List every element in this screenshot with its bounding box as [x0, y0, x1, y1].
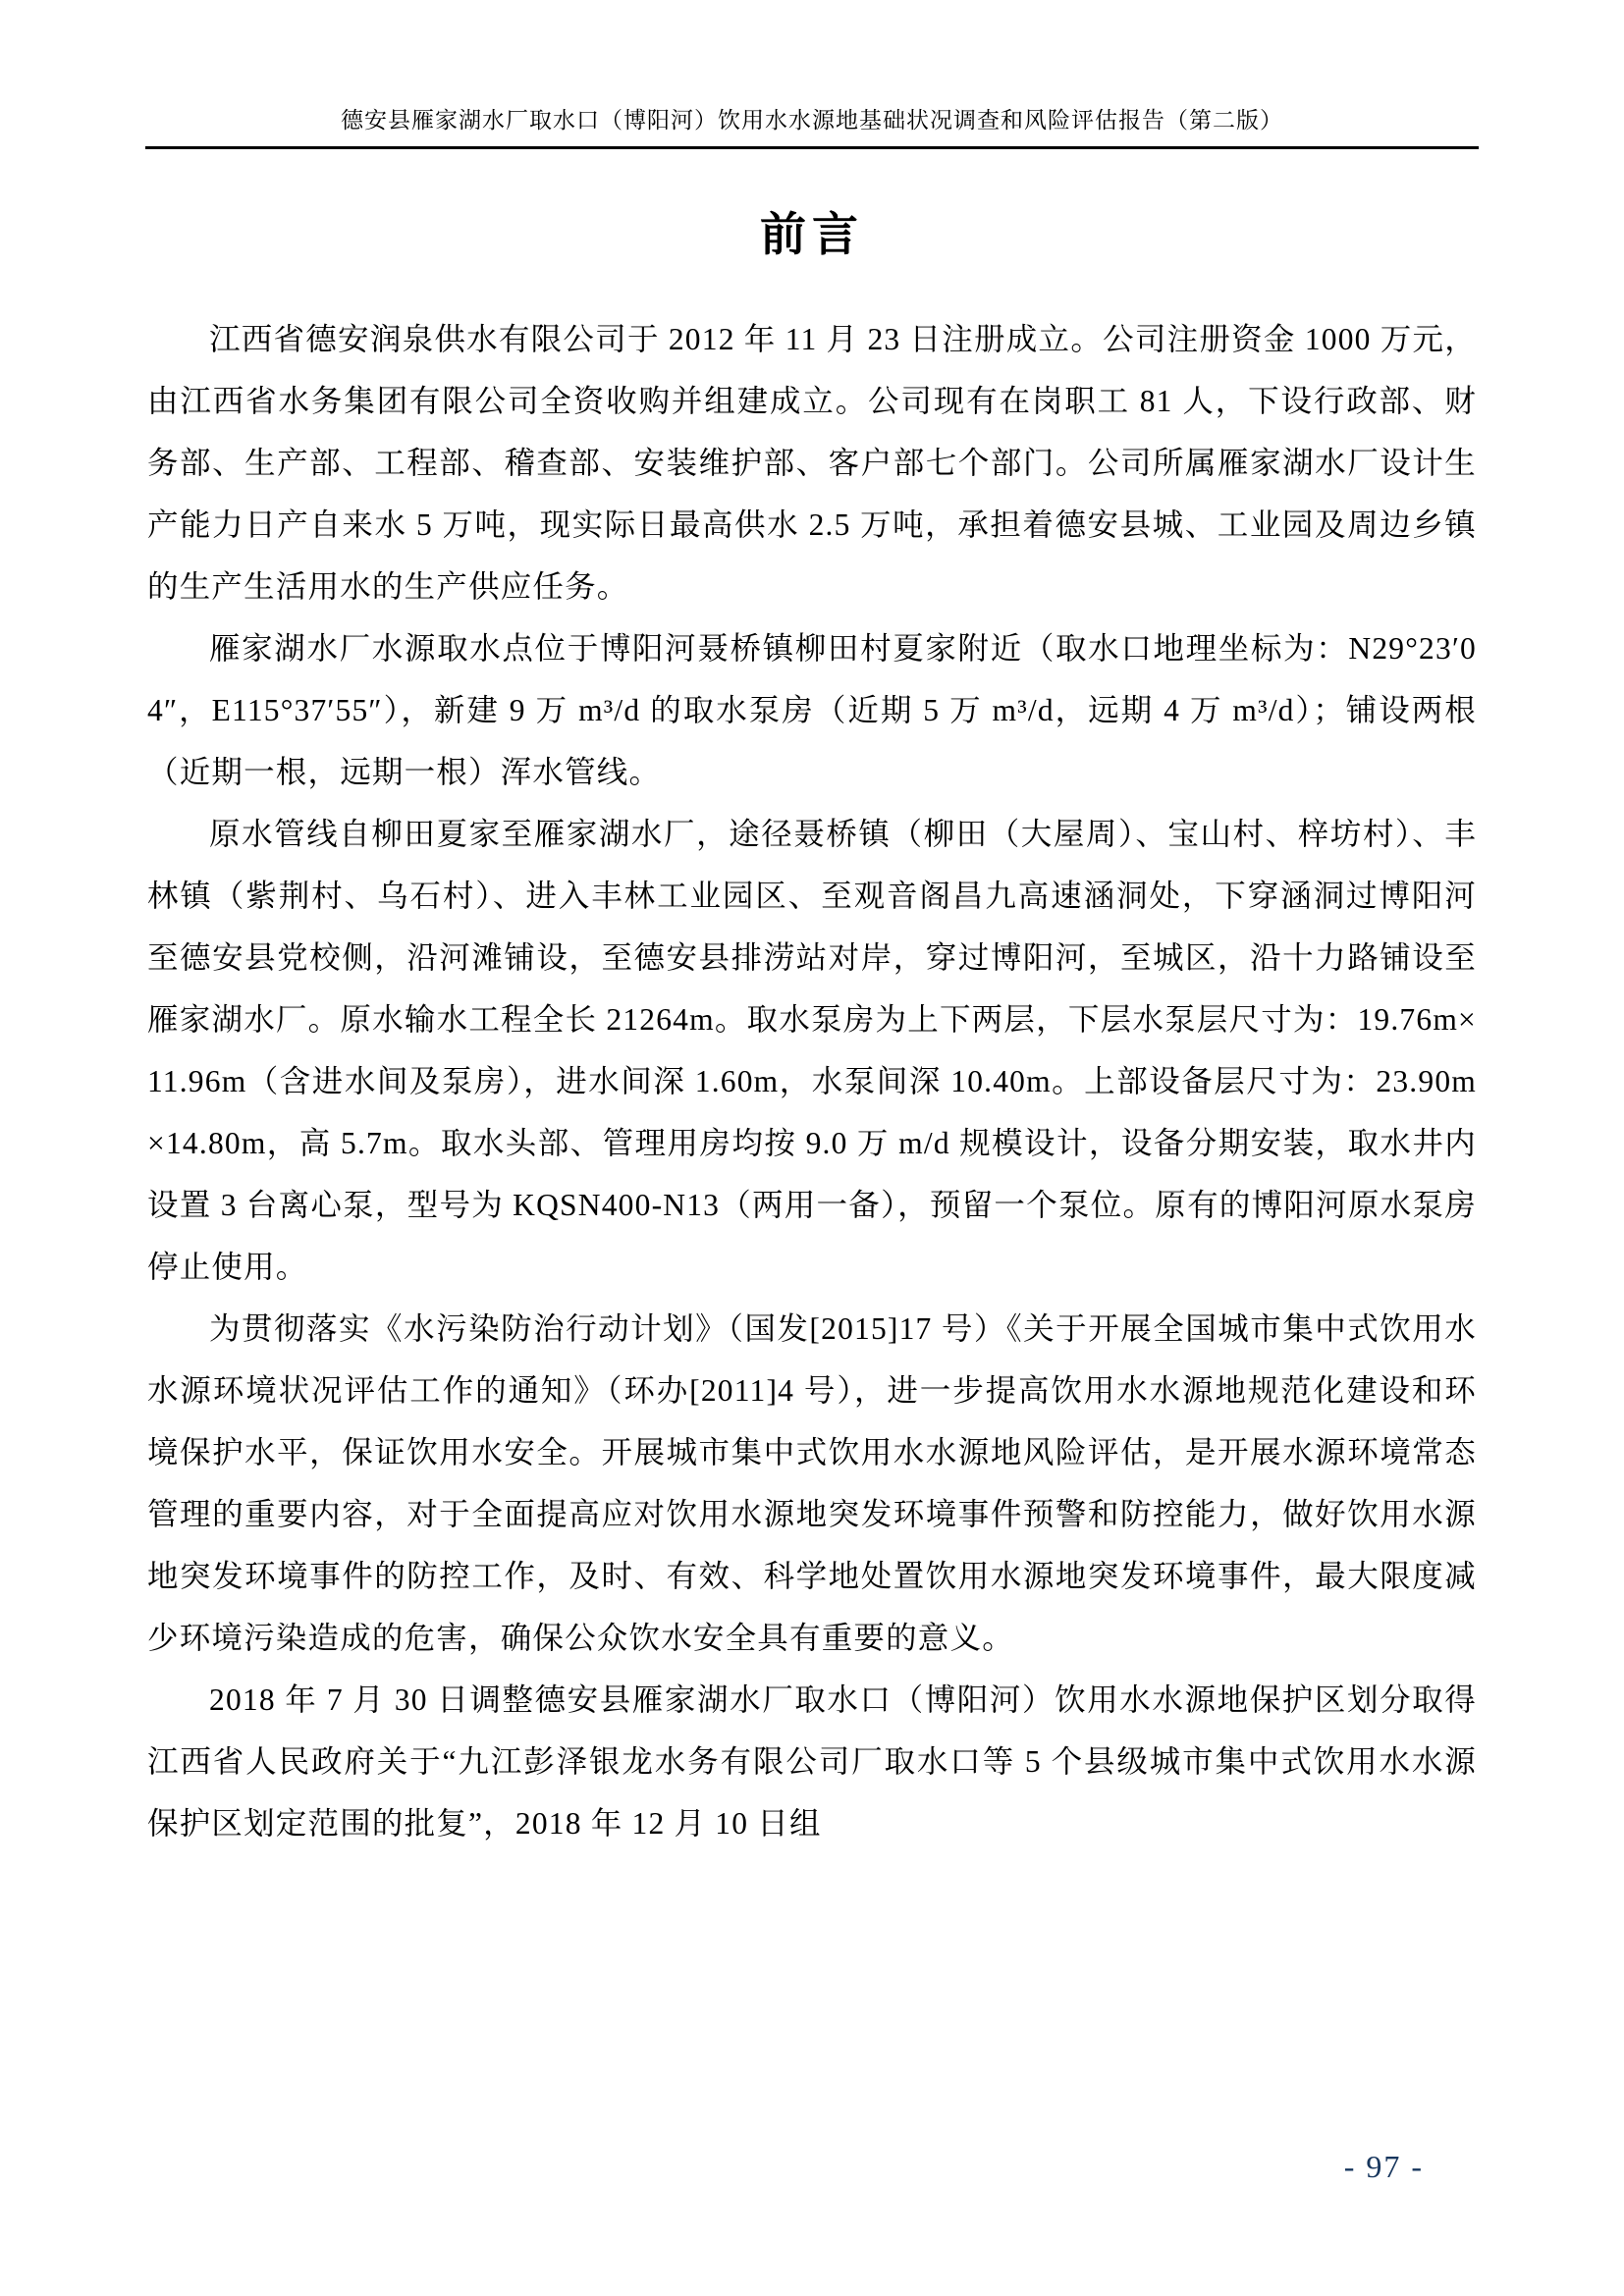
running-header: 德安县雁家湖水厂取水口（博阳河）饮用水水源地基础状况调查和风险评估报告（第二版）: [145, 0, 1479, 149]
paragraph-protection-zone: 2018 年 7 月 30 日调整德安县雁家湖水厂取水口（博阳河）饮用水水源地保…: [147, 1669, 1477, 1854]
paragraph-policy-basis: 为贯彻落实《水污染防治行动计划》（国发[2015]17 号）《关于开展全国城市集…: [147, 1298, 1477, 1669]
page-number: - 97 -: [1344, 2147, 1424, 2186]
body-text: 江西省德安润泉供水有限公司于 2012 年 11 月 23 日注册成立。公司注册…: [147, 308, 1477, 1854]
paragraph-intake-location: 雁家湖水厂水源取水点位于博阳河聂桥镇柳田村夏家附近（取水口地理坐标为：N29°2…: [147, 617, 1477, 803]
running-header-text: 德安县雁家湖水厂取水口（博阳河）饮用水水源地基础状况调查和风险评估报告（第二版）: [341, 108, 1283, 133]
paragraph-company-intro: 江西省德安润泉供水有限公司于 2012 年 11 月 23 日注册成立。公司注册…: [147, 308, 1477, 617]
document-page: 德安县雁家湖水厂取水口（博阳河）饮用水水源地基础状况调查和风险评估报告（第二版）…: [0, 0, 1624, 2296]
paragraph-pipeline-route: 原水管线自柳田夏家至雁家湖水厂，途径聂桥镇（柳田（大屋周）、宝山村、梓坊村）、丰…: [147, 803, 1477, 1298]
page-title: 前言: [147, 198, 1477, 273]
